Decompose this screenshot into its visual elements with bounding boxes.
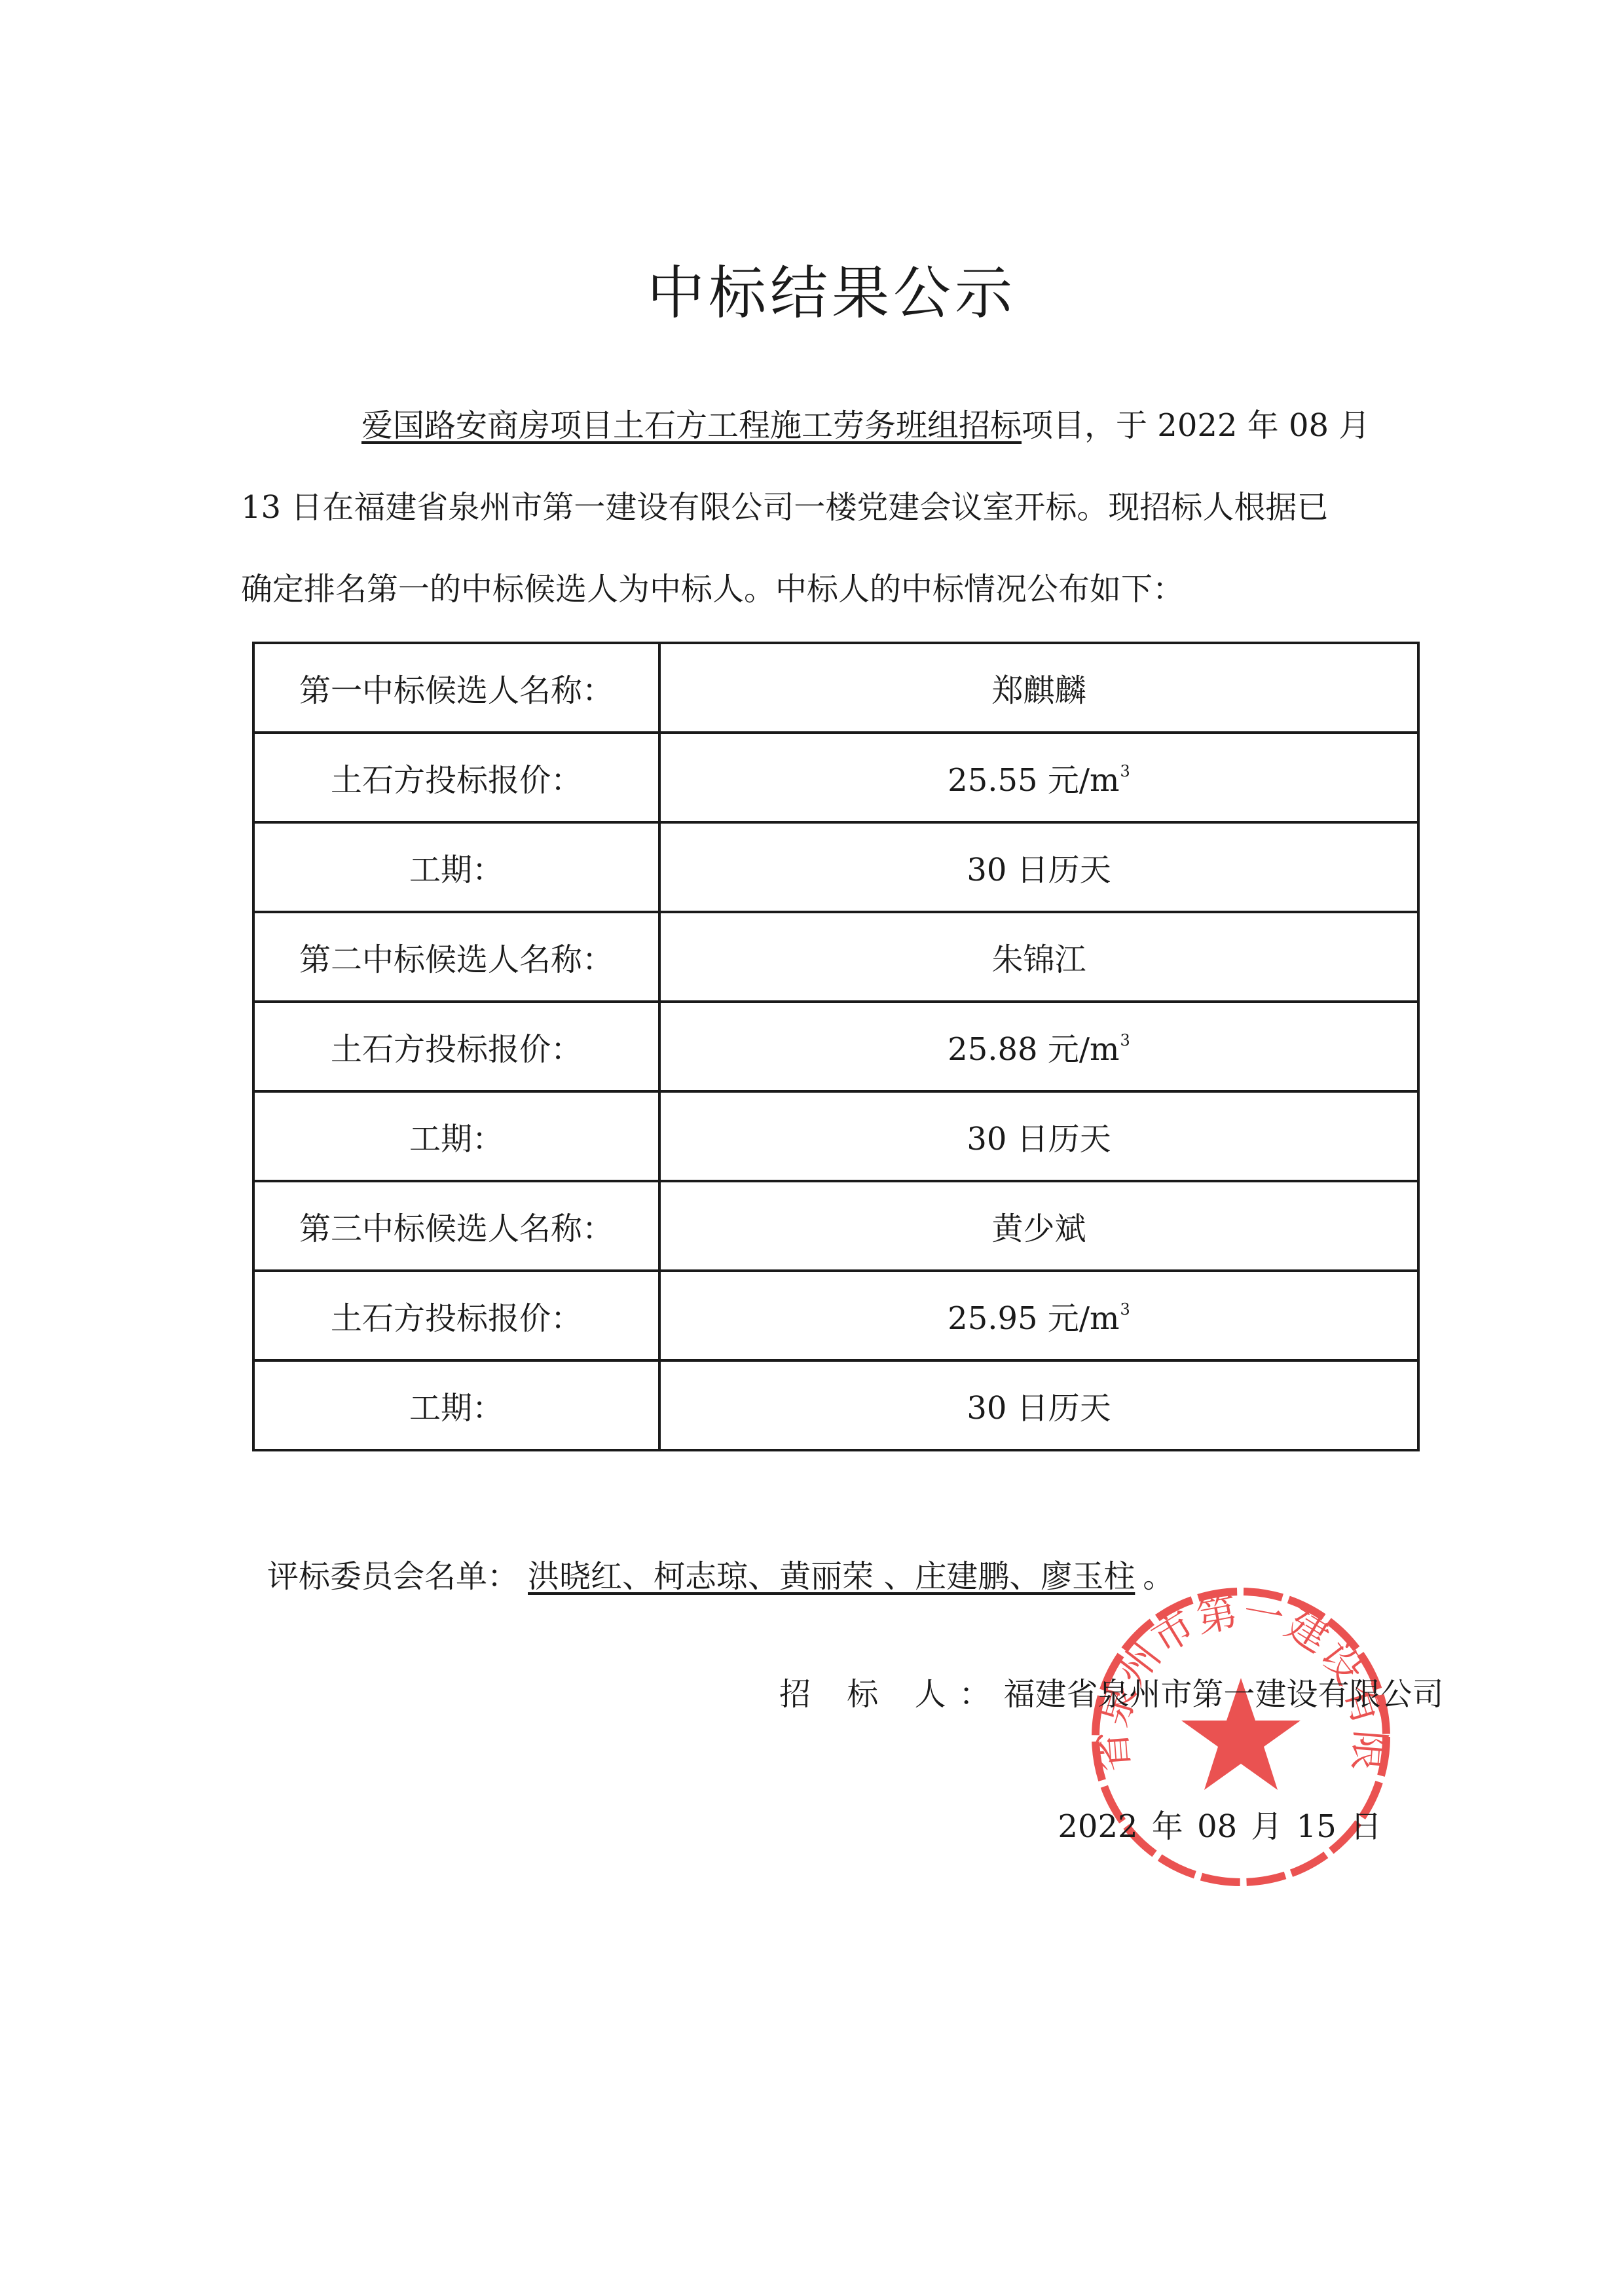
row-label: 土石方投标报价： — [253, 733, 659, 822]
candidate-1-name: 郑麒麟 — [659, 643, 1418, 733]
candidate-3-duration: 30 日历天 — [659, 1360, 1418, 1450]
candidate-2-name: 朱锦江 — [659, 912, 1418, 1002]
candidate-3-name: 黄少斌 — [659, 1181, 1418, 1271]
price-value: 25.95 元/m — [948, 1300, 1119, 1337]
tenderer-name: 福建省泉州市第一建设有限公司 — [1004, 1676, 1444, 1713]
issue-date: 2022 年 08 月 15 日 — [1058, 1807, 1382, 1846]
table-row: 工期： 30 日历天 — [253, 822, 1418, 912]
candidate-1-price: 25.55 元/m3 — [659, 733, 1418, 822]
intro-line-1: 爱国路安商房项目土石方工程施工劳务班组招标项目，于 2022 年 08 月 — [241, 406, 1387, 445]
candidate-2-duration: 30 日历天 — [659, 1091, 1418, 1181]
unit-superscript: 3 — [1120, 1300, 1130, 1319]
candidate-1-duration: 30 日历天 — [659, 822, 1418, 912]
evaluation-committee: 评标委员会名单：洪晓红、柯志琼、黄丽荣 、庄建鹏、廖玉柱。 — [267, 1557, 1174, 1596]
document-page: 中标结果公示 爱国路安商房项目土石方工程施工劳务班组招标项目，于 2022 年 … — [0, 0, 1624, 2296]
award-result-table: 第一中标候选人名称： 郑麒麟 土石方投标报价： 25.55 元/m3 工期： 3… — [252, 642, 1420, 1451]
intro-line-3: 确定排名第一的中标候选人为中标人。中标人的中标情况公布如下： — [241, 570, 1387, 609]
committee-label: 评标委员会名单： — [267, 1558, 519, 1595]
table-row: 工期： 30 日历天 — [253, 1360, 1418, 1450]
price-value: 25.88 元/m — [948, 1031, 1119, 1068]
row-label: 第三中标候选人名称： — [253, 1181, 659, 1271]
price-value: 25.55 元/m — [948, 762, 1119, 799]
table-row: 第三中标候选人名称： 黄少斌 — [253, 1181, 1418, 1271]
tenderer: 招 标 人：福建省泉州市第一建设有限公司 — [779, 1675, 1444, 1714]
unit-superscript: 3 — [1120, 762, 1130, 780]
row-label: 土石方投标报价： — [253, 1271, 659, 1360]
candidate-3-price: 25.95 元/m3 — [659, 1271, 1418, 1360]
table-row: 第一中标候选人名称： 郑麒麟 — [253, 643, 1418, 733]
candidate-2-price: 25.88 元/m3 — [659, 1002, 1418, 1091]
row-label: 工期： — [253, 1091, 659, 1181]
committee-members: 洪晓红、柯志琼、黄丽荣 、庄建鹏、廖玉柱 — [519, 1557, 1143, 1596]
table-row: 工期： 30 日历天 — [253, 1091, 1418, 1181]
row-label: 第二中标候选人名称： — [253, 912, 659, 1002]
row-label: 工期： — [253, 1360, 659, 1450]
table-row: 土石方投标报价： 25.95 元/m3 — [253, 1271, 1418, 1360]
row-label: 工期： — [253, 822, 659, 912]
table-row: 土石方投标报价： 25.55 元/m3 — [253, 733, 1418, 822]
row-label: 第一中标候选人名称： — [253, 643, 659, 733]
unit-superscript: 3 — [1120, 1031, 1130, 1049]
project-name: 爱国路安商房项目土石方工程施工劳务班组招标 — [361, 407, 1022, 444]
page-title: 中标结果公示 — [0, 247, 1624, 330]
intro-line-1-suffix: 项目，于 2022 年 08 月 — [1022, 407, 1370, 444]
row-label: 土石方投标报价： — [253, 1002, 659, 1091]
tenderer-label: 招 标 人： — [779, 1676, 1004, 1713]
intro-line-2: 13 日在福建省泉州市第一建设有限公司一楼党建会议室开标。现招标人根据已 — [241, 488, 1387, 527]
table-row: 土石方投标报价： 25.88 元/m3 — [253, 1002, 1418, 1091]
table-row: 第二中标候选人名称： 朱锦江 — [253, 912, 1418, 1002]
